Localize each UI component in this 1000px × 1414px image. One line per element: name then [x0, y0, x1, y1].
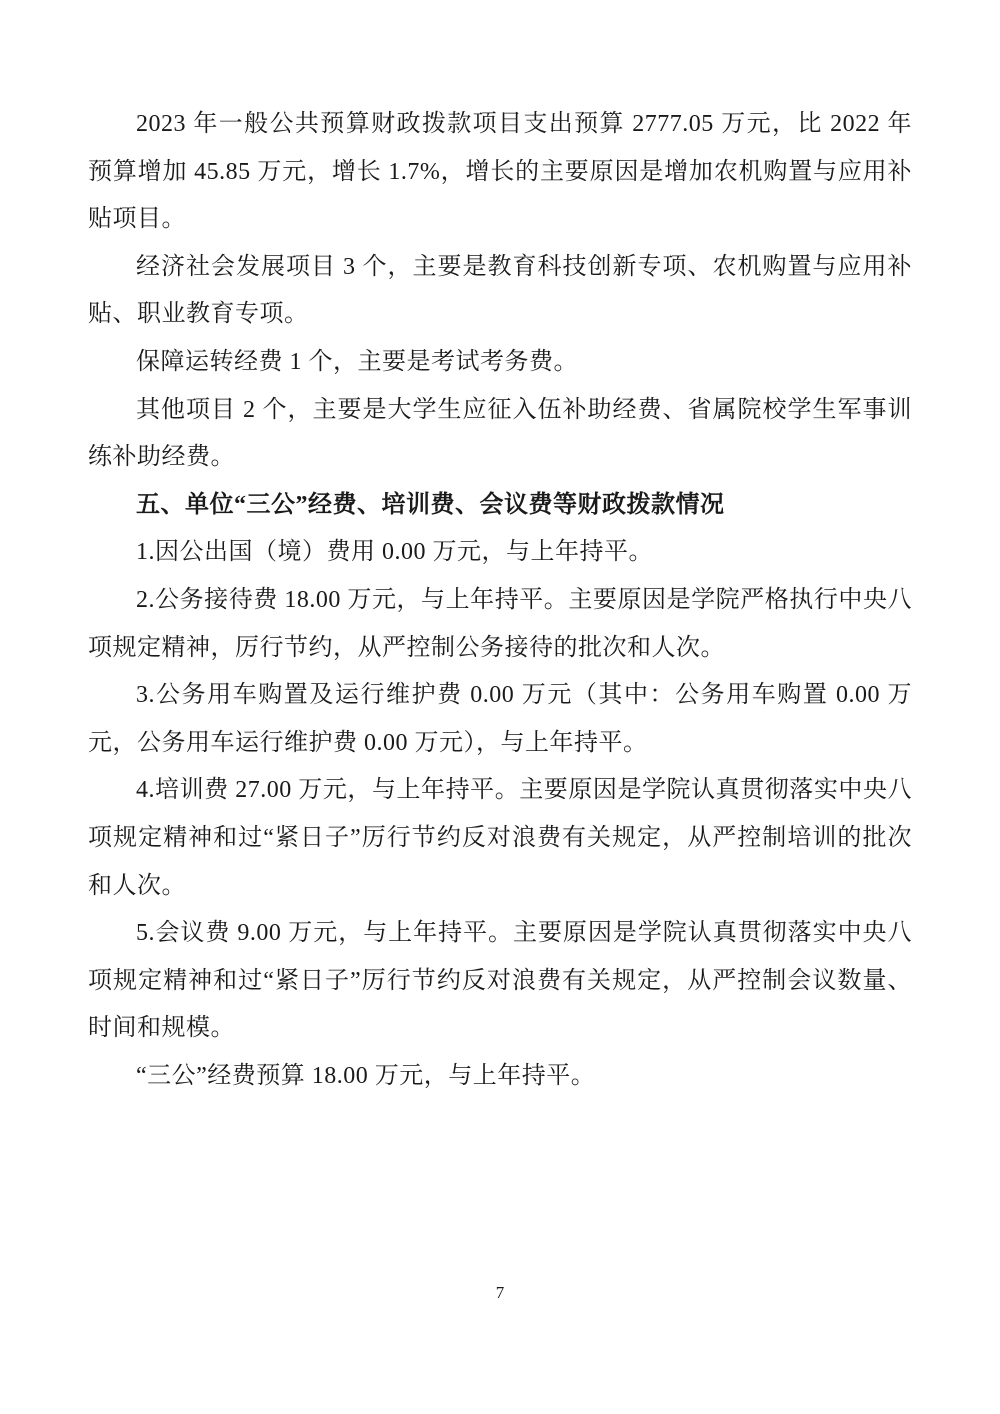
document-page: 2023 年一般公共预算财政拨款项目支出预算 2777.05 万元，比 2022… — [0, 0, 1000, 1414]
paragraph: 2.公务接待费 18.00 万元，与上年持平。主要原因是学院严格执行中央八项规定… — [88, 577, 912, 672]
paragraph: 经济社会发展项目 3 个，主要是教育科技创新专项、农机购置与应用补贴、职业教育专… — [88, 244, 912, 339]
document-body: 2023 年一般公共预算财政拨款项目支出预算 2777.05 万元，比 2022… — [88, 101, 912, 1100]
page-footer: 7 — [0, 1283, 1000, 1303]
paragraph: 4.培训费 27.00 万元，与上年持平。主要原因是学院认真贯彻落实中央八项规定… — [88, 767, 912, 910]
paragraph: 3.公务用车购置及运行维护费 0.00 万元（其中：公务用车购置 0.00 万元… — [88, 672, 912, 767]
paragraph: 1.因公出国（境）费用 0.00 万元，与上年持平。 — [88, 529, 912, 577]
paragraph: 其他项目 2 个，主要是大学生应征入伍补助经费、省属院校学生军事训练补助经费。 — [88, 387, 912, 482]
paragraph: “三公”经费预算 18.00 万元，与上年持平。 — [88, 1053, 912, 1101]
page-number: 7 — [496, 1283, 505, 1302]
section-heading: 五、单位“三公”经费、培训费、会议费等财政拨款情况 — [88, 482, 912, 530]
paragraph: 2023 年一般公共预算财政拨款项目支出预算 2777.05 万元，比 2022… — [88, 101, 912, 244]
paragraph: 保障运转经费 1 个，主要是考试考务费。 — [88, 339, 912, 387]
paragraph: 5.会议费 9.00 万元，与上年持平。主要原因是学院认真贯彻落实中央八项规定精… — [88, 910, 912, 1053]
